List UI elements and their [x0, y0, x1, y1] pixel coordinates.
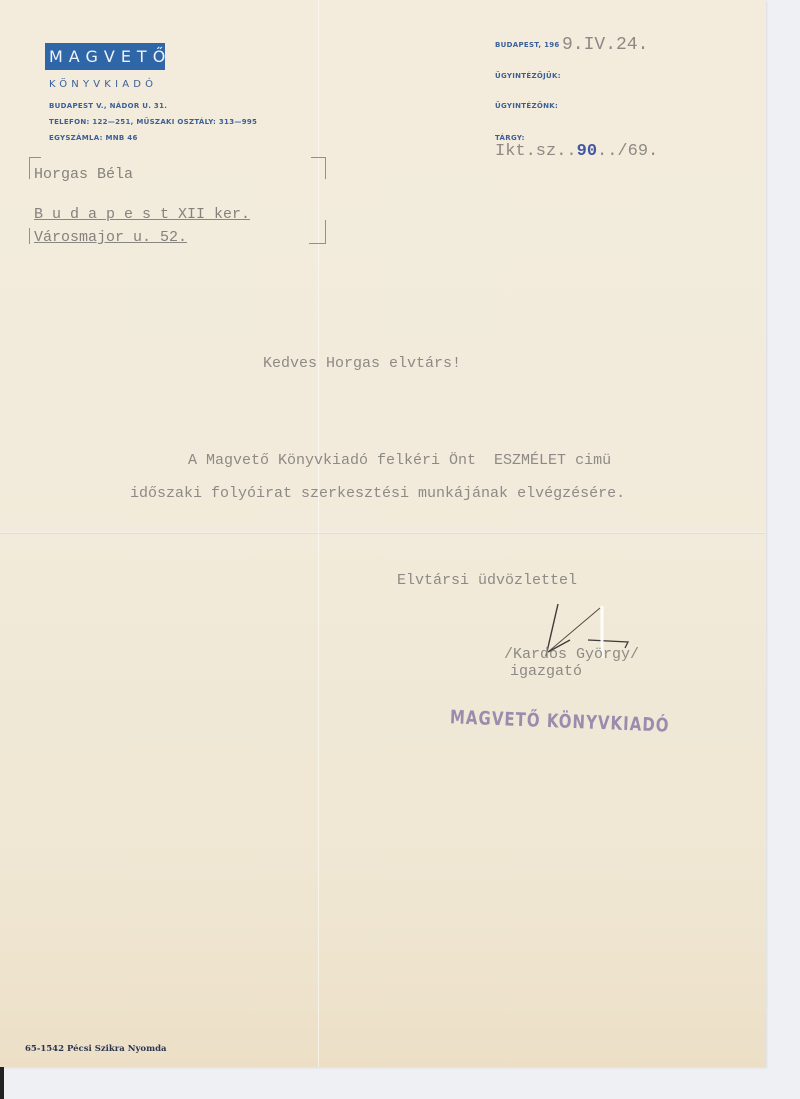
body-line-1: A Magvető Könyvkiadó felkéri Önt ESZMÉLE…: [188, 452, 611, 469]
salutation: Kedves Horgas elvtárs!: [263, 355, 461, 372]
printer-imprint: 65-1542 Pécsi Szikra Nyomda: [25, 1044, 167, 1054]
fold-line-horizontal: [0, 532, 766, 534]
date-typed: 9.IV.24.: [562, 35, 648, 55]
ugyintezonk-label: ÜGYINTÉZŐNK:: [495, 102, 558, 110]
city-date-label: BUDAPEST, 196: [495, 41, 560, 49]
subject-label: TÁRGY:: [495, 134, 525, 142]
recipient-street: Városmajor u. 52.: [34, 229, 187, 246]
address-bracket-tl-h: [29, 157, 41, 158]
recipient-city: B u d a p e s t XII ker.: [34, 206, 250, 223]
publisher-phone: TELEFON: 122—251, MŰSZAKI OSZTÁLY: 313—9…: [49, 118, 257, 126]
letter-page: MAGVETŐ KÖNYVKIADÓ BUDAPEST V., NÁDOR U.…: [0, 0, 766, 1067]
address-bracket-tr-h: [311, 157, 325, 158]
address-bracket-tr-v: [325, 157, 326, 179]
publisher-address: BUDAPEST V., NÁDOR U. 31.: [49, 102, 167, 110]
scan-edge-mark: [0, 1067, 4, 1099]
address-bracket-bl-v: [29, 228, 30, 244]
reference-suffix: ../69.: [597, 142, 658, 161]
body-line-2: időszaki folyóirat szerkesztési munkáján…: [130, 485, 625, 502]
publisher-logo: MAGVETŐ: [45, 43, 165, 70]
reference-number: Ikt.sz..90../69.: [495, 142, 658, 161]
ugyintezojuk-label: ÜGYINTÉZŐJÜK:: [495, 72, 561, 80]
publisher-subtitle: KÖNYVKIADÓ: [49, 79, 157, 90]
recipient-name: Horgas Béla: [34, 166, 133, 183]
signer-title: igazgató: [510, 663, 582, 680]
address-bracket-tl-v: [29, 157, 30, 179]
publisher-account: EGYSZÁMLA: MNB 46: [49, 134, 138, 142]
address-bracket-br-h: [309, 243, 325, 244]
signer-name: /Kardos György/: [504, 646, 639, 663]
fold-line-vertical: [318, 0, 319, 1067]
reference-handwritten-number: 90: [577, 142, 597, 161]
publisher-stamp: MAGVETŐ KÖNYVKIADÓ: [450, 706, 670, 737]
closing: Elvtársi üdvözlettel: [397, 572, 577, 589]
address-bracket-br-v: [325, 220, 326, 244]
reference-prefix: Ikt.sz..: [495, 142, 577, 161]
